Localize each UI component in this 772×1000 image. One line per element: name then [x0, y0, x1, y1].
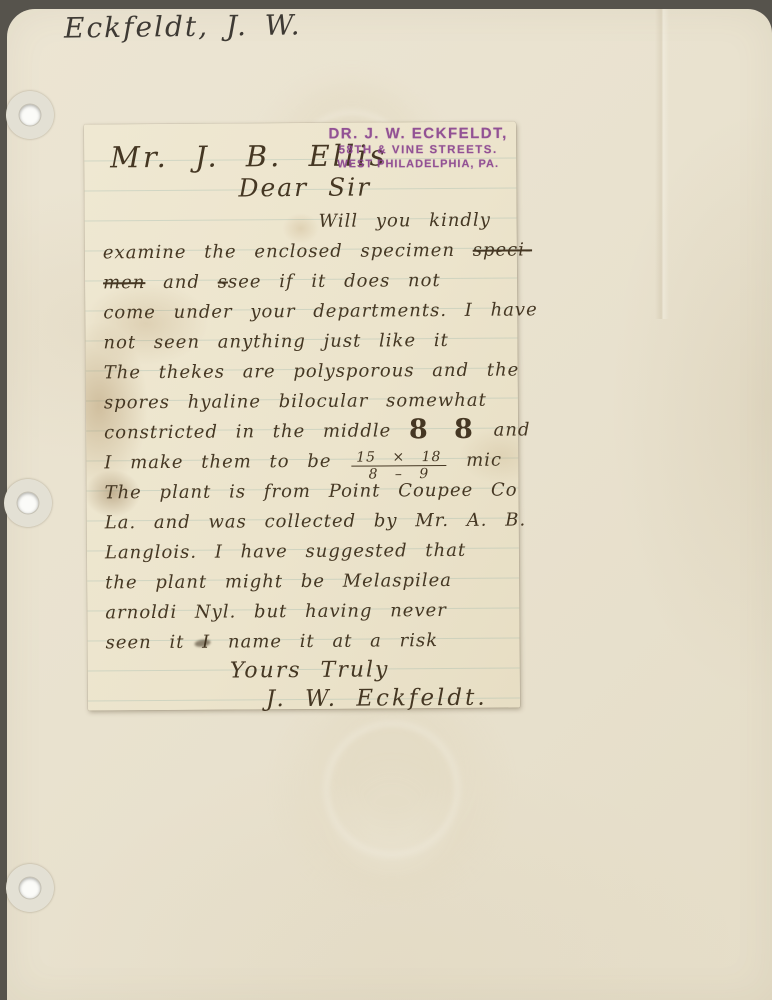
handwriting-segment: I make them to be: [104, 451, 349, 474]
handwriting-segment: examine the enclosed specimen: [103, 240, 473, 264]
letter-body-line: constricted in the middle 8 8 and: [104, 416, 504, 449]
spore-sketch: 8 8: [409, 414, 476, 445]
handwriting-segment: The thekes are polysporous and the: [104, 359, 520, 383]
letter-body-line: the plant might be Melaspilea: [105, 566, 505, 599]
punch-hole-reinforcement-bottom: [6, 864, 54, 912]
handwriting-segment: s: [218, 272, 228, 293]
letter-body-line: The plant is from Point Coupee Co: [104, 476, 504, 509]
page-crease: [655, 9, 669, 319]
handwriting-segment: Langlois. I have suggested that: [105, 540, 466, 564]
letter-body-line: arnoldi Nyl. but having never: [105, 596, 505, 629]
signature-line: J. W. Eckfeldt.: [106, 684, 506, 716]
stamp-street-line: 58TH & VINE STREETS.: [326, 143, 510, 157]
closing-line: Yours Truly: [106, 656, 506, 687]
handwriting-segment: seen it I name it at a risk: [106, 630, 439, 653]
handwriting-segment: constricted in the middle: [104, 420, 409, 443]
handwriting-segment: not seen anything just like it: [103, 330, 448, 353]
archive-label: Eckfeldt, J. W.: [64, 8, 302, 44]
handwriting-segment: see if it does not: [228, 270, 441, 292]
letter-body-line: I make them to be 15 × 188 – 9 mic: [104, 446, 504, 479]
handwriting-segment: and: [476, 419, 531, 440]
handwriting-segment: come under your departments. I have: [103, 299, 538, 323]
letter-body-line: come under your departments. I have: [103, 296, 503, 329]
handwriting-segment: spores hyaline bilocular somewhat: [104, 390, 487, 414]
handwriting-segment: La. and was collected by Mr. A. B.: [105, 509, 527, 533]
letter-body-line: The thekes are polysporous and the: [104, 356, 504, 389]
letterhead-stamp: DR. J. W. ECKFELDT, 58TH & VINE STREETS.…: [326, 124, 510, 171]
handwriting-segment: The plant is from Point Coupee Co: [104, 479, 517, 503]
letter-body-line: La. and was collected by Mr. A. B.: [105, 506, 505, 539]
handwriting-segment: Will you kindly: [319, 210, 491, 232]
punch-hole-reinforcement-top: [6, 91, 54, 139]
handwriting-segment: the plant might be Melaspilea: [105, 570, 452, 593]
letter-body-line: men and ssee if it does not: [103, 266, 503, 299]
handwriting-segment: and: [145, 272, 217, 294]
stamp-city-line: WEST PHILADELPHIA, PA.: [326, 157, 510, 171]
letter-body-line: not seen anything just like it: [103, 326, 503, 359]
handwriting-segment: mic: [448, 450, 502, 471]
scanned-archive-page: { "page": { "archive_label": "Eckfeldt, …: [0, 0, 772, 1000]
handwriting-segment: speci-: [473, 239, 532, 260]
punch-hole-reinforcement-middle: [4, 479, 52, 527]
stamp-name-line: DR. J. W. ECKFELDT,: [326, 124, 510, 143]
letter-body-line: Will you kindly: [103, 206, 503, 239]
letter-sheet: DR. J. W. ECKFELDT, 58TH & VINE STREETS.…: [84, 121, 520, 710]
letter-body-line: seen it I name it at a risk: [105, 626, 505, 659]
handwriting-segment: arnoldi Nyl. but having never: [105, 600, 447, 623]
handwriting-segment: men: [103, 272, 145, 293]
letter-body-line: examine the enclosed specimen speci-: [103, 236, 503, 269]
salutation-line: Dear Sir: [102, 172, 502, 205]
fraction-numerator: 15 × 18: [351, 450, 446, 467]
letter-body: Will you kindlyexamine the enclosed spec…: [103, 206, 506, 659]
letter-body-line: Langlois. I have suggested that: [105, 536, 505, 569]
